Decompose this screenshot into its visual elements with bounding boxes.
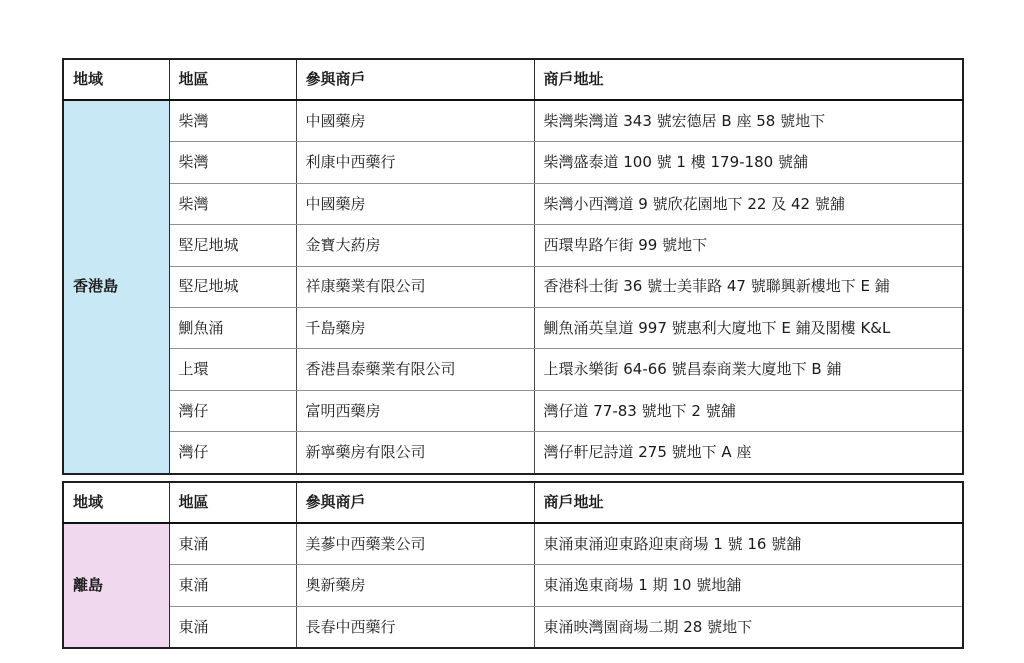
table-row: 堅尼地城 金寶大葯房 西環卑路乍街 99 號地下 [63,225,963,266]
table-row: 東涌 奧新藥房 東涌逸東商場 1 期 10 號地舖 [63,565,963,606]
district-cell: 東涌 [169,565,296,606]
region-cell-hong-kong-island: 香港島 [63,100,169,474]
col-header-region: 地域 [63,59,169,100]
address-cell: 東涌東涌迎東路迎東商場 1 號 16 號舖 [534,523,963,565]
address-cell: 上環永樂街 64-66 號昌泰商業大廈地下 B 鋪 [534,349,963,390]
table-row: 上環 香港昌泰藥業有限公司 上環永樂街 64-66 號昌泰商業大廈地下 B 鋪 [63,349,963,390]
merchant-cell: 利康中西藥行 [296,142,534,183]
col-header-merchant: 參與商戶 [296,59,534,100]
address-cell: 灣仔道 77-83 號地下 2 號舖 [534,390,963,431]
merchant-table-hong-kong-island: 地域 地區 參與商戶 商戶地址 香港島 柴灣 中國藥房 柴灣柴灣道 343 號宏… [62,58,964,475]
district-cell: 堅尼地城 [169,266,296,307]
table-row: 柴灣 利康中西藥行 柴灣盛泰道 100 號 1 樓 179-180 號舖 [63,142,963,183]
region-cell-outlying-islands: 離島 [63,523,169,648]
district-cell: 上環 [169,349,296,390]
district-cell: 灣仔 [169,432,296,474]
district-cell: 東涌 [169,523,296,565]
address-cell: 東涌映灣園商場二期 28 號地下 [534,606,963,648]
table-row: 灣仔 新寧藥房有限公司 灣仔軒尼詩道 275 號地下 A 座 [63,432,963,474]
table-row: 香港島 柴灣 中國藥房 柴灣柴灣道 343 號宏德居 B 座 58 號地下 [63,100,963,142]
merchant-cell: 金寶大葯房 [296,225,534,266]
address-cell: 西環卑路乍街 99 號地下 [534,225,963,266]
address-cell: 柴灣盛泰道 100 號 1 樓 179-180 號舖 [534,142,963,183]
header-row: 地域 地區 參與商戶 商戶地址 [63,482,963,523]
merchant-table-outlying-islands: 地域 地區 參與商戶 商戶地址 離島 東涌 美蔘中西藥業公司 東涌東涌迎東路迎東… [62,481,964,649]
district-cell: 柴灣 [169,183,296,224]
address-cell: 柴灣柴灣道 343 號宏德居 B 座 58 號地下 [534,100,963,142]
merchant-cell: 富明西藥房 [296,390,534,431]
district-cell: 東涌 [169,606,296,648]
col-header-merchant: 參與商戶 [296,482,534,523]
col-header-district: 地區 [169,59,296,100]
col-header-region: 地域 [63,482,169,523]
merchant-cell: 中國藥房 [296,100,534,142]
address-cell: 鰂魚涌英皇道 997 號惠利大廈地下 E 鋪及閣樓 K&L [534,307,963,348]
district-cell: 堅尼地城 [169,225,296,266]
header-row: 地域 地區 參與商戶 商戶地址 [63,59,963,100]
district-cell: 柴灣 [169,100,296,142]
merchant-cell: 千島藥房 [296,307,534,348]
merchant-cell: 長春中西藥行 [296,606,534,648]
table-row: 離島 東涌 美蔘中西藥業公司 東涌東涌迎東路迎東商場 1 號 16 號舖 [63,523,963,565]
col-header-address: 商戶地址 [534,482,963,523]
district-cell: 柴灣 [169,142,296,183]
merchant-cell: 中國藥房 [296,183,534,224]
table-row: 鰂魚涌 千島藥房 鰂魚涌英皇道 997 號惠利大廈地下 E 鋪及閣樓 K&L [63,307,963,348]
address-cell: 香港科士街 36 號士美菲路 47 號聯興新樓地下 E 鋪 [534,266,963,307]
address-cell: 灣仔軒尼詩道 275 號地下 A 座 [534,432,963,474]
merchant-cell: 新寧藥房有限公司 [296,432,534,474]
address-cell: 東涌逸東商場 1 期 10 號地舖 [534,565,963,606]
district-cell: 鰂魚涌 [169,307,296,348]
merchant-cell: 奧新藥房 [296,565,534,606]
district-cell: 灣仔 [169,390,296,431]
merchant-cell: 美蔘中西藥業公司 [296,523,534,565]
table-row: 堅尼地城 祥康藥業有限公司 香港科士街 36 號士美菲路 47 號聯興新樓地下 … [63,266,963,307]
merchant-cell: 香港昌泰藥業有限公司 [296,349,534,390]
col-header-address: 商戶地址 [534,59,963,100]
address-cell: 柴灣小西灣道 9 號欣花園地下 22 及 42 號舖 [534,183,963,224]
col-header-district: 地區 [169,482,296,523]
merchant-cell: 祥康藥業有限公司 [296,266,534,307]
table-row: 灣仔 富明西藥房 灣仔道 77-83 號地下 2 號舖 [63,390,963,431]
table-row: 柴灣 中國藥房 柴灣小西灣道 9 號欣花園地下 22 及 42 號舖 [63,183,963,224]
table-row: 東涌 長春中西藥行 東涌映灣園商場二期 28 號地下 [63,606,963,648]
